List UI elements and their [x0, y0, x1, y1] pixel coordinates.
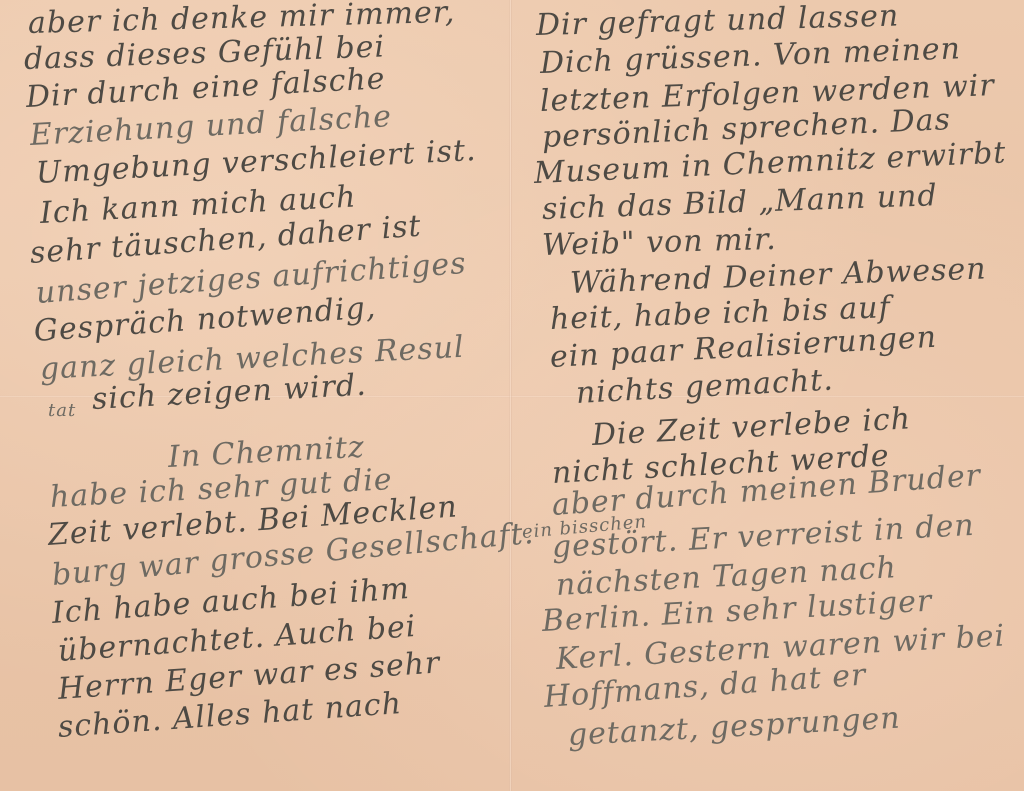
letter-sheet: aber ich denke mir immer, dass dieses Ge… [0, 0, 1024, 791]
right-page: Dir gefragt und lassen Dich grüssen. Von… [512, 0, 1024, 791]
handwritten-line: Weib" von mir. [542, 222, 778, 263]
handwritten-line: tat [48, 400, 76, 421]
left-page: aber ich denke mir immer, dass dieses Ge… [0, 0, 509, 791]
